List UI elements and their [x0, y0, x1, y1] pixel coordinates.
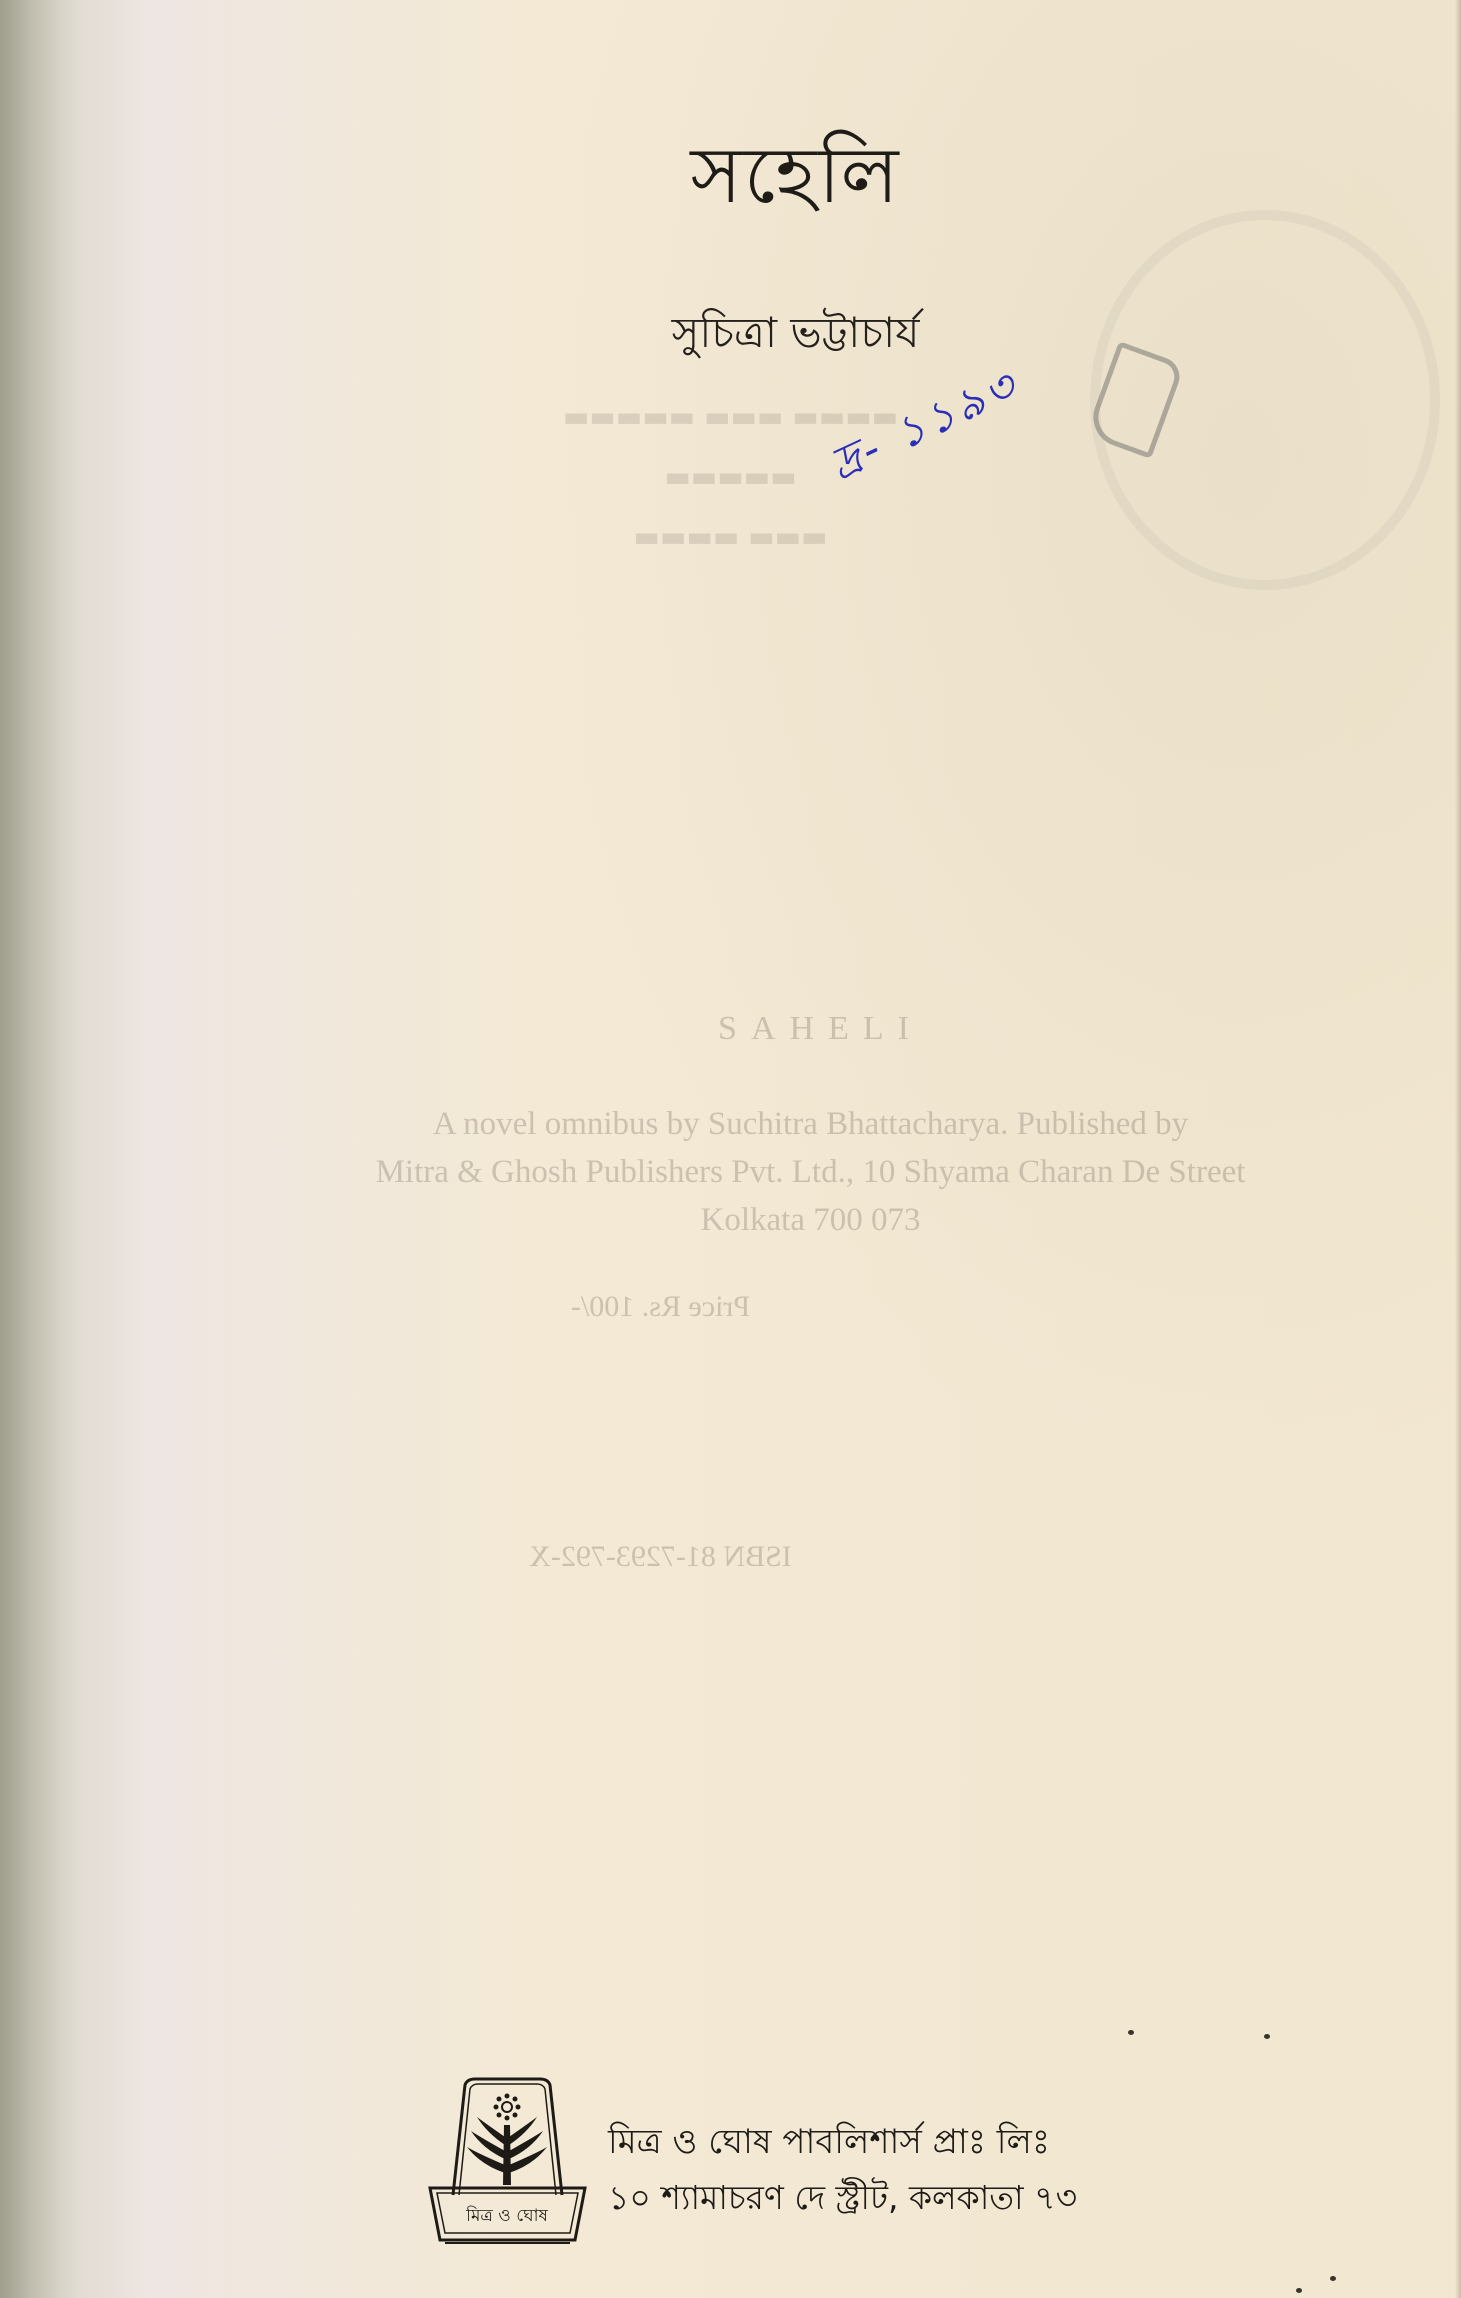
reverse-show-through-bengali: ▬▬▬▬▬ — [0, 460, 1461, 493]
show-through-imprint: A novel omnibus by Suchitra Bhattacharya… — [0, 1100, 1461, 1244]
paper-speck — [1330, 2276, 1336, 2281]
paper-speck — [1296, 2288, 1302, 2293]
publisher-details: মিত্র ও ঘোষ পাবলিশার্স প্রাঃ লিঃ ১০ শ্যা… — [608, 2114, 1077, 2226]
show-through-price: Price Rs. 100/- — [0, 1290, 1461, 1324]
logo-label: মিত্র ও ঘোষ — [465, 2205, 548, 2226]
publisher-imprint: মিত্র ও ঘোষ মিত্র ও ঘোষ পাবলিশার্স প্রাঃ… — [425, 2075, 1077, 2265]
book-author: সুচিত্রা ভট্টাচার্য — [0, 300, 1461, 371]
publisher-tree-logo-icon: মিত্র ও ঘোষ — [425, 2075, 590, 2265]
show-through-isbn: ISBN 81-7293-792-X — [0, 1540, 1461, 1574]
publisher-name: মিত্র ও ঘোষ পাবলিশার্স প্রাঃ লিঃ — [608, 2114, 1077, 2170]
paper-speck — [1128, 2030, 1134, 2035]
reverse-show-through-bengali: ▬▬▬ ▬▬▬▬ — [0, 520, 1461, 553]
publisher-address: ১০ শ্যামাচরণ দে স্ট্রীট, কলকাতা ৭৩ — [608, 2170, 1077, 2226]
show-through-line: Kolkata 700 073 — [160, 1196, 1461, 1244]
paper-speck — [1264, 2034, 1270, 2039]
show-through-heading: SAHELI — [0, 1010, 1461, 1048]
book-title: সহেলি — [0, 115, 1461, 245]
show-through-line: Mitra & Ghosh Publishers Pvt. Ltd., 10 S… — [160, 1148, 1461, 1196]
reverse-show-through-bengali: ▬▬▬▬ ▬▬▬ ▬▬▬▬▬ — [0, 400, 1461, 433]
show-through-line: A novel omnibus by Suchitra Bhattacharya… — [160, 1100, 1461, 1148]
